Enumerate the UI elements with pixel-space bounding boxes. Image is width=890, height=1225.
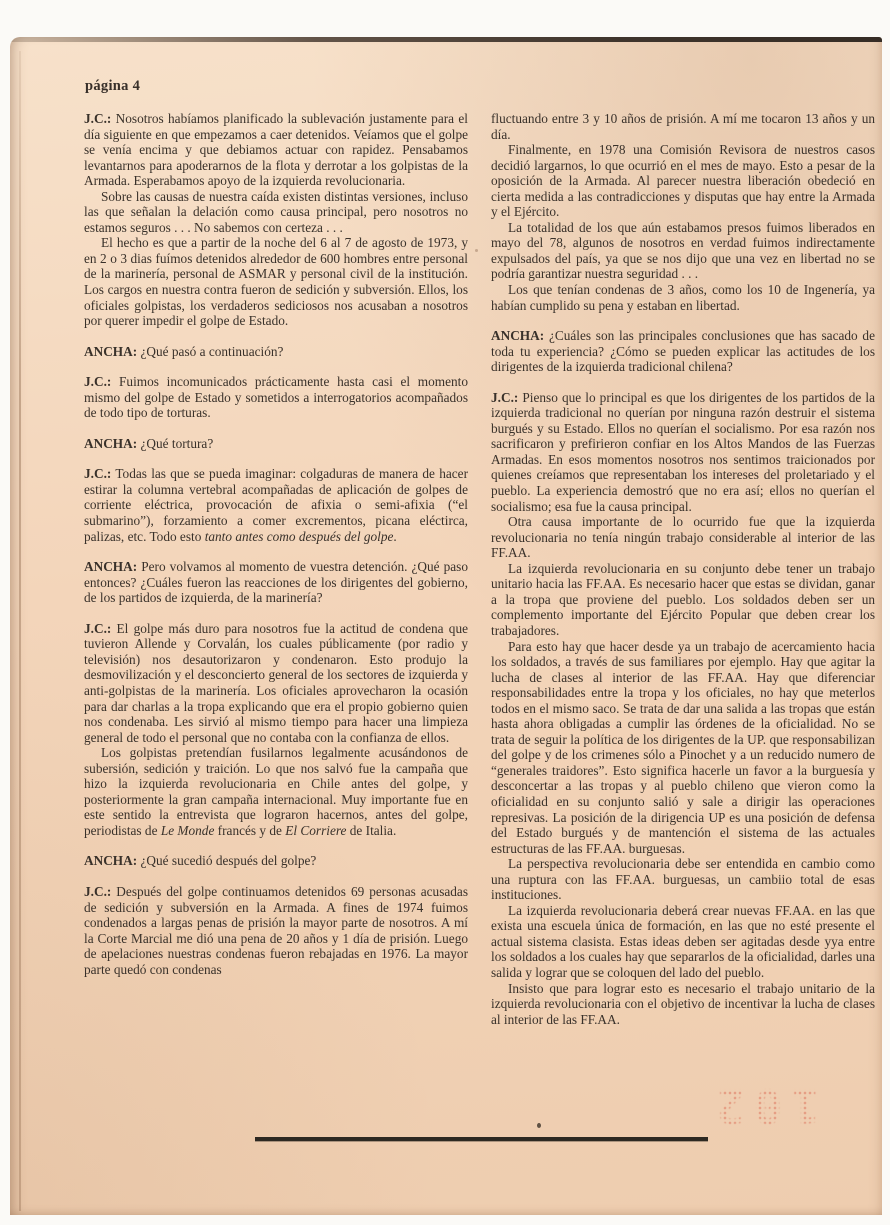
paper-speck — [475, 249, 478, 252]
faint-red-stamp: 102 — [704, 1077, 822, 1135]
page-number-header: página 4 — [85, 78, 140, 95]
paragraph: Los golpistas pretendían fusilarnos lega… — [84, 745, 468, 838]
text-run: . — [393, 529, 396, 544]
speaker-label: ANCHA: — [84, 344, 137, 359]
scanned-page: página 4 J.C.: Nosotros habíamos planifi… — [10, 37, 882, 1215]
column-left: J.C.: Nosotros habíamos planificado la s… — [84, 111, 468, 1027]
column-right: fluctuando entre 3 y 10 años de prisión.… — [491, 111, 875, 1027]
text-run: Insisto que para lograr esto es necesari… — [491, 981, 875, 1027]
page-top-edge-shadow — [10, 37, 882, 42]
speaker-label: J.C.: — [84, 621, 111, 636]
italic-text-run: tanto antes como después del golpe — [205, 529, 394, 544]
italic-text-run: El Corriere — [285, 823, 346, 838]
text-run: Para esto hay que hacer desde ya un trab… — [491, 639, 875, 856]
text-run: ¿Qué pasó a continuación? — [137, 344, 283, 359]
text-run: La izquierda revolucionaria deberá crear… — [491, 903, 875, 980]
text-run: La totalidad de los que aún estabamos pr… — [491, 220, 875, 282]
text-run: ¿Qué tortura? — [137, 436, 213, 451]
text-run: El hecho es que a partir de la noche del… — [84, 235, 468, 328]
paragraph: J.C.: Nosotros habíamos planificado la s… — [84, 111, 468, 189]
text-run: ¿Qué sucedió después del golpe? — [137, 853, 316, 868]
speaker-label: J.C.: — [491, 390, 518, 405]
text-run: La izquierda revolucionaria en su conjun… — [491, 561, 875, 638]
text-run: Pienso que lo principal es que los dirig… — [491, 390, 875, 514]
text-run: fluctuando entre 3 y 10 años de prisión.… — [491, 111, 875, 142]
text-run: Después del golpe continuamos detenidos … — [84, 884, 468, 977]
paragraph: J.C.: Todas las que se pueda imaginar: c… — [84, 466, 468, 544]
paragraph: ANCHA: ¿Qué sucedió después del golpe? — [84, 853, 468, 869]
text-run: ¿Cuáles son las principales conclusiones… — [491, 328, 875, 374]
text-run: La perspectiva revolucionaria debe ser e… — [491, 856, 875, 902]
horizontal-rule — [255, 1137, 708, 1141]
paragraph: ANCHA: Pero volvamos al momento de vuest… — [84, 559, 468, 606]
page-left-crease — [19, 51, 21, 1211]
text-columns: J.C.: Nosotros habíamos planificado la s… — [84, 111, 875, 1027]
speaker-label: ANCHA: — [491, 328, 544, 343]
text-run: Sobre las causas de nuestra caída existe… — [84, 189, 468, 235]
italic-text-run: Le Monde — [161, 823, 215, 838]
paragraph: Insisto que para lograr esto es necesari… — [491, 981, 875, 1028]
paragraph: ANCHA: ¿Qué pasó a continuación? — [84, 344, 468, 360]
paragraph: J.C.: Después del golpe continuamos dete… — [84, 884, 468, 977]
speaker-label: J.C.: — [84, 884, 111, 899]
speaker-label: J.C.: — [84, 466, 111, 481]
paragraph: J.C.: Pienso que lo principal es que los… — [491, 390, 875, 514]
paragraph: El hecho es que a partir de la noche del… — [84, 235, 468, 328]
ink-speck — [537, 1123, 541, 1128]
text-run: Pero volvamos al momento de vuestra dete… — [84, 559, 468, 605]
paragraph: La izquierda revolucionaria en su conjun… — [491, 561, 875, 639]
paragraph: J.C.: Fuimos incomunicados prácticamente… — [84, 374, 468, 421]
paragraph: J.C.: El golpe más duro para nosotros fu… — [84, 621, 468, 745]
paragraph: La izquierda revolucionaria deberá crear… — [491, 903, 875, 981]
text-run: de Italia. — [346, 823, 396, 838]
speaker-label: J.C.: — [84, 111, 111, 126]
paragraph: ANCHA: ¿Cuáles son las principales concl… — [491, 328, 875, 375]
speaker-label: ANCHA: — [84, 853, 137, 868]
paragraph: Sobre las causas de nuestra caída existe… — [84, 189, 468, 236]
paragraph: ANCHA: ¿Qué tortura? — [84, 436, 468, 452]
paragraph: Otra causa importante de lo ocurrido fue… — [491, 514, 875, 561]
paragraph: Para esto hay que hacer desde ya un trab… — [491, 639, 875, 857]
text-run: Fuimos incomunicados prácticamente hasta… — [84, 374, 468, 420]
text-run: Finalmente, en 1978 una Comisión Revisor… — [491, 142, 875, 219]
text-run: El golpe más duro para nosotros fue la a… — [84, 621, 468, 745]
paragraph: La totalidad de los que aún estabamos pr… — [491, 220, 875, 282]
paragraph: La perspectiva revolucionaria debe ser e… — [491, 856, 875, 903]
paragraph: Los que tenían condenas de 3 años, como … — [491, 282, 875, 313]
paragraph: Finalmente, en 1978 una Comisión Revisor… — [491, 142, 875, 220]
text-run: francés y de — [214, 823, 285, 838]
speaker-label: J.C.: — [84, 374, 111, 389]
text-run: Otra causa importante de lo ocurrido fue… — [491, 514, 875, 560]
speaker-label: ANCHA: — [84, 436, 137, 451]
text-run: Los que tenían condenas de 3 años, como … — [491, 282, 875, 313]
paragraph: fluctuando entre 3 y 10 años de prisión.… — [491, 111, 875, 142]
text-run: Nosotros habíamos planificado la subleva… — [84, 111, 468, 188]
speaker-label: ANCHA: — [84, 559, 137, 574]
